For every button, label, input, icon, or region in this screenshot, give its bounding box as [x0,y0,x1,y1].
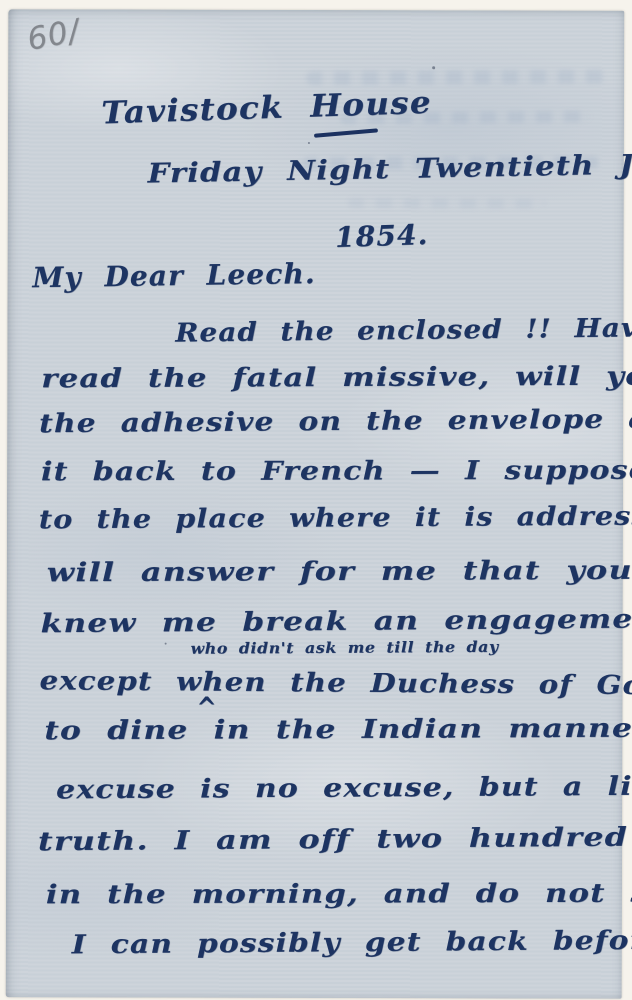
body-line: in the morning, and do not see how [46,878,632,910]
verso-ink-show-through [306,69,606,85]
body-line: excuse is no excuse, but a literal [56,771,632,805]
interlinear-insertion: who didn't ask me till the day [190,638,498,658]
salutation: My Dear Leech. [32,257,316,294]
body-line: knew me break an engagement before, [40,603,632,639]
heading-place: Tavistock House [101,85,433,132]
body-line-prefix: except when the Duchess of Gordon [39,666,632,702]
body-line-with-strikethrough: except when the Duchess of Gordon used [39,666,632,702]
body-line: the adhesive on the envelope and give [39,403,632,439]
paper-speck [165,643,167,645]
heading-date-line: Friday Night Twentieth Jany [147,148,632,189]
scanned-letter-page: 60/ Tavistock House Friday Night Twentie… [0,0,632,1000]
paper-speck [432,66,435,69]
paper-speck [308,142,310,144]
body-line: to the place where it is addressed. You [39,501,632,536]
letter-paper: 60/ Tavistock House Friday Night Twentie… [6,9,625,999]
body-line-opening: Read the enclosed !! Having [175,313,632,349]
body-line: I can possibly get back before Monday [72,924,632,960]
heading-year: 1854. [335,218,429,254]
body-line: it back to French — I suppose to take [41,455,632,487]
archival-number-pencil: 60/ [24,13,83,58]
pen-flourish [314,128,378,137]
body-line: to dine in the Indian manner. The [44,713,632,746]
body-line: truth. I am off two hundred miles [38,822,632,858]
body-line: read the fatal missive, will you wet [41,361,632,394]
verso-ink-show-through [348,198,546,209]
body-line: will answer for me that you never [47,555,632,588]
